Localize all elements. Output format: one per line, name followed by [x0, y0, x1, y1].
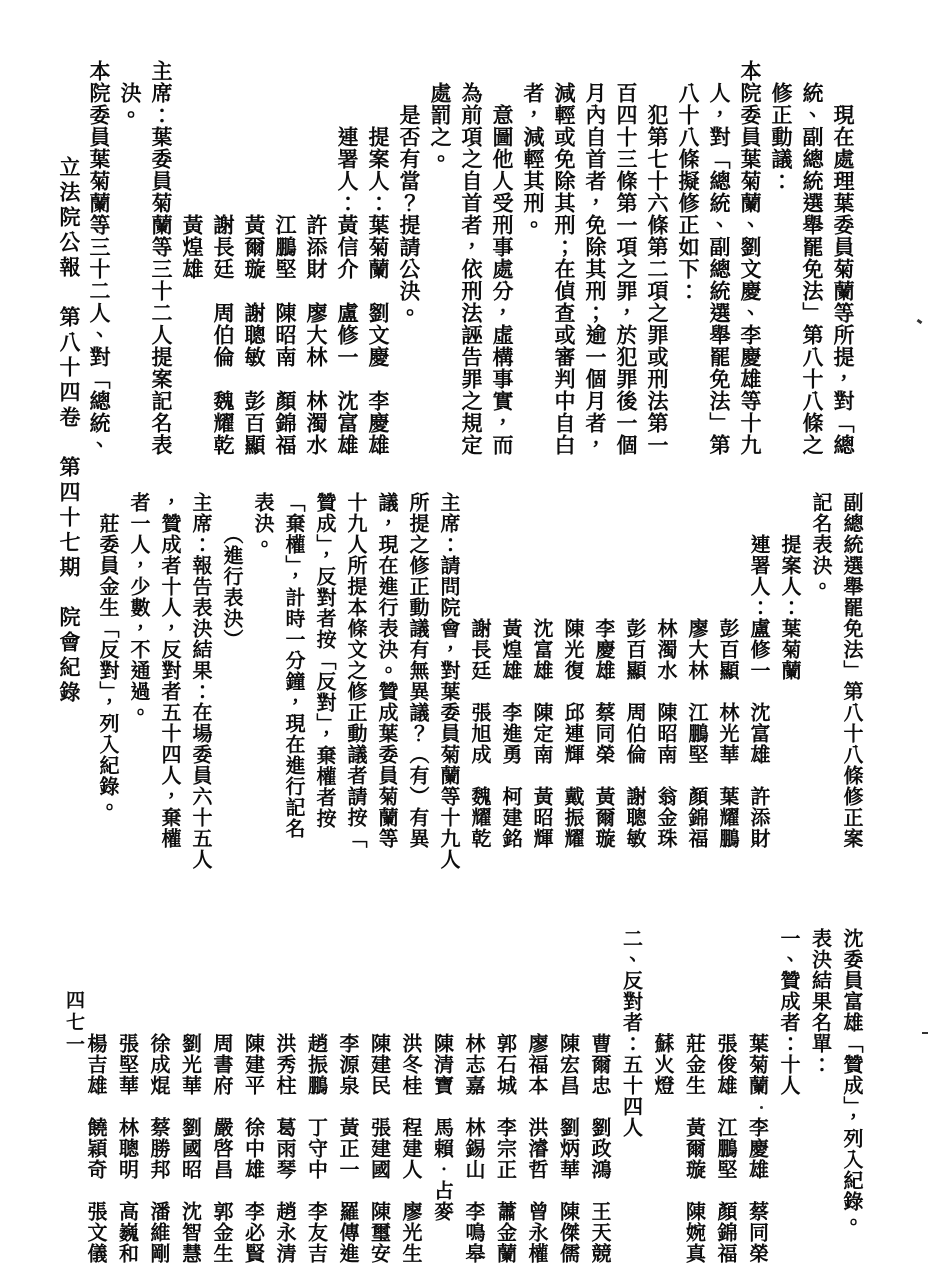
text-column: 陳建平 徐中雄 李必賢	[236, 928, 268, 1278]
register-upper: 現在處理葉委員菊蘭等所提，對「總 統、副總統選舉罷免法」第八十八條之 修正動議：…	[68, 60, 858, 478]
text-column: 李源泉 黃正一 羅傳進	[331, 928, 363, 1278]
text-column: 主席：報告表決結果：在場委員六十五人	[184, 492, 215, 884]
register-lower: 沈委員富雄「贊成」，列入紀錄。表決結果名單：一、贊成者：十人 葉菊蘭 李慶雄 蔡…	[66, 928, 866, 1278]
text-column: 為前項之自首者，依刑法誣告罪之規定	[455, 60, 486, 478]
text-column: 曹爾忠 劉政鴻 王天競	[583, 928, 615, 1278]
text-column: 張堅華 林聰明 高巍和	[110, 928, 142, 1278]
text-column: 莊金生 黃爾璇 陳婉真	[677, 928, 709, 1278]
text-column: 謝長廷 周伯倫 魏耀乾	[207, 60, 238, 478]
text-column: 贊成」，反對者按「反對」，棄權者按	[308, 492, 339, 884]
text-column: 本院委員葉菊蘭等三十二人、對「總統、	[83, 60, 114, 478]
text-column: 主席：請問院會，對葉委員菊蘭等十九人	[432, 492, 463, 884]
text-column: 減輕或免除其刑；在偵查或審判中自白	[548, 60, 579, 478]
text-column: 林志嘉 林錫山 李鳴皋	[457, 928, 489, 1278]
scan-artifact	[760, 1106, 763, 1109]
text-column: 主席：葉委員菊蘭等三十二人提案記名表	[145, 60, 176, 478]
text-column: 現在處理葉委員菊蘭等所提，對「總	[827, 60, 858, 478]
text-column: 葉菊蘭 李慶雄 蔡同榮	[740, 928, 772, 1278]
text-column: 所提之修正動議有無異議？（有）有異	[401, 492, 432, 884]
text-column: 百四十三條第一項之罪，於犯罪後一個	[610, 60, 641, 478]
text-column: 周書府 嚴啓昌 郭金生	[205, 928, 237, 1278]
text-column: 廖大林 江鵬堅 顏錦福	[680, 492, 711, 884]
text-column: 徐成焜 蔡勝邦 潘維剛	[142, 928, 174, 1278]
text-column: 者一人，少數，不通過。	[122, 492, 153, 884]
text-column: 連署人：盧修一 沈富雄 許添財	[742, 492, 773, 884]
gazette-scan-page: 立法院公報 第八十四卷 第四十七期 院會紀錄 四七一 現在處理葉委員菊蘭等所提，…	[0, 0, 941, 1280]
text-column: 郭石城 李宗正 蕭金蘭	[488, 928, 520, 1278]
text-column: 修正動議：	[765, 60, 796, 478]
text-column: 陳清寶 馬賴．占麥	[425, 928, 457, 1278]
text-column: 趙振鵬 丁守中 李友吉	[299, 928, 331, 1278]
text-column: 林濁水 陳昭南 翁金珠	[649, 492, 680, 884]
text-column: 張俊雄 江鵬堅 顏錦福	[709, 928, 741, 1278]
text-column: 洪冬桂 程建人 廖光生	[394, 928, 426, 1278]
text-column: （進行表決）	[215, 492, 246, 884]
text-column: 犯第七十六條第二項之罪或刑法第一	[641, 60, 672, 478]
text-column: 議，現在進行表決。贊成葉委員菊蘭等	[370, 492, 401, 884]
text-column: 人，對「總統、副總統選舉罷免法」第	[703, 60, 734, 478]
text-column: 處罰之。	[424, 60, 455, 478]
text-column: 一、贊成者：十人	[772, 928, 804, 1278]
text-column: 二、反對者：五十四人	[614, 928, 646, 1278]
text-column: 者，減輕其刑。	[517, 60, 548, 478]
text-column: 「棄權」，計時一分鐘，現在進行記名	[277, 492, 308, 884]
text-column: 連署人：黃信介 盧修一 沈富雄	[331, 60, 362, 478]
text-column: 彭百顯 林光華 葉耀鵬	[711, 492, 742, 884]
text-column: 是否有當？提請公決。	[393, 60, 424, 478]
text-column: ，贊成者十人，反對者五十四人，棄權	[153, 492, 184, 884]
text-column: 沈委員富雄「贊成」，列入紀錄。	[835, 928, 867, 1278]
text-column: 陳建民 張建國 陳璽安	[362, 928, 394, 1278]
text-column: 黃煌雄 李進勇 柯建銘	[494, 492, 525, 884]
text-column: 意圖他人受刑事處分，虛構事實，而	[486, 60, 517, 478]
text-column: 表決。	[246, 492, 277, 884]
text-column: 黃爾璇 謝聰敏 彭百顯	[238, 60, 269, 478]
text-column: 本院委員葉菊蘭、劉文慶、李慶雄等十九	[734, 60, 765, 478]
text-column: 提案人：葉菊蘭 劉文慶 李慶雄	[362, 60, 393, 478]
text-column: 劉光華 劉國昭 沈智慧	[173, 928, 205, 1278]
text-column: 黃煌雄	[176, 60, 207, 478]
text-column: 陳光復 邱連輝 戴振耀	[556, 492, 587, 884]
text-column: 副總統選舉罷免法」第八十八條修正案	[835, 492, 866, 884]
text-column: 謝長廷 張旭成 魏耀乾	[463, 492, 494, 884]
text-column: 莊委員金生「反對」，列入紀錄。	[91, 492, 122, 884]
text-column: 沈富雄 陳定南 黃昭輝	[525, 492, 556, 884]
scan-artifact	[922, 1032, 928, 1034]
text-column: 彭百顯 周伯倫 謝聰敏	[618, 492, 649, 884]
text-column: 李慶雄 蔡同榮 黃爾璇	[587, 492, 618, 884]
text-column: 表決結果名單：	[803, 928, 835, 1278]
scan-artifact	[917, 319, 923, 324]
register-middle: 副總統選舉罷免法」第八十八條修正案記名表決。 提案人：葉菊蘭 連署人：盧修一 沈…	[66, 492, 866, 884]
text-column: 月內自首者，免除其刑；逾一個月者，	[579, 60, 610, 478]
text-column: 決。	[114, 60, 145, 478]
text-column: 陳宏昌 劉炳華 陳傑儒	[551, 928, 583, 1278]
text-column: 十九人所提本條文之修正動議者請按「	[339, 492, 370, 884]
text-column: 廖福本 洪濬哲 曾永權	[520, 928, 552, 1278]
text-column: 統、副總統選舉罷免法」第八十八條之	[796, 60, 827, 478]
text-column: 蘇火燈	[646, 928, 678, 1278]
text-column: 洪秀柱 葛雨琴 趙永清	[268, 928, 300, 1278]
text-column: 記名表決。	[804, 492, 835, 884]
text-column: 八十八條擬修正如下：	[672, 60, 703, 478]
text-column: 楊吉雄 饒穎奇 張文儀	[79, 928, 111, 1278]
text-column: 許添財 廖大林 林濁水	[300, 60, 331, 478]
text-column: 提案人：葉菊蘭	[773, 492, 804, 884]
text-column: 江鵬堅 陳昭南 顏錦福	[269, 60, 300, 478]
